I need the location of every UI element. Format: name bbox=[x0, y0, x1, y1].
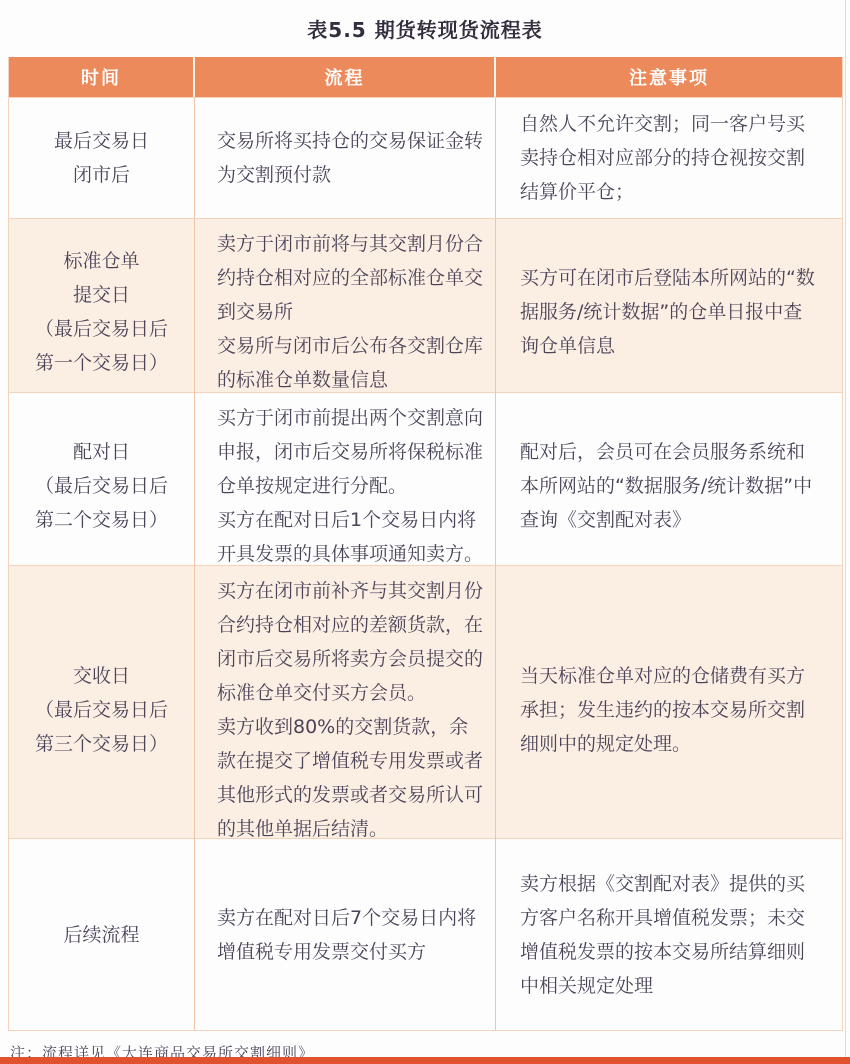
notes-cell: 配对后，会员可在会员服务系统和本所网站的“数据服务/统计数据”中查询《交割配对表… bbox=[496, 393, 842, 579]
process-table: 时间 流程 注意事项 最后交易日 闭市后 交易所将买持仓的交易保证金转为交割预付… bbox=[8, 57, 843, 1031]
bottom-accent-bar bbox=[0, 1057, 850, 1064]
process-cell: 买方在闭市前补齐与其交割月份合约持仓相对应的差额货款，在闭市后交易所将卖方会员提… bbox=[195, 566, 496, 854]
table-row: 交收日 （最后交易日后 第三个交易日） 买方在闭市前补齐与其交割月份合约持仓相对… bbox=[9, 565, 842, 838]
table-row: 配对日 （最后交易日后 第二个交易日） 买方于闭市前提出两个交割意向申报，闭市后… bbox=[9, 392, 842, 565]
notes-cell: 卖方根据《交割配对表》提供的买方客户名称开具增值税发票；未交增值税发票的按本交易… bbox=[496, 839, 842, 1030]
header-cell-time: 时间 bbox=[9, 57, 195, 97]
page: 表5.5 期货转现货流程表 时间 流程 注意事项 最后交易日 闭市后 交易所将买… bbox=[0, 0, 850, 1064]
time-cell: 最后交易日 闭市后 bbox=[9, 98, 195, 218]
time-cell: 交收日 （最后交易日后 第三个交易日） bbox=[9, 566, 195, 854]
table-title: 表5.5 期货转现货流程表 bbox=[307, 14, 542, 43]
title-bar: 表5.5 期货转现货流程表 bbox=[0, 0, 850, 57]
process-cell: 买方于闭市前提出两个交割意向申报，闭市后交易所将保税标准仓单按规定进行分配。 买… bbox=[195, 393, 496, 579]
notes-cell: 当天标准仓单对应的仓储费有买方承担；发生违约的按本交易所交割细则中的规定处理。 bbox=[496, 566, 842, 854]
process-cell: 卖方于闭市前将与其交割月份合约持仓相对应的全部标准仓单交到交易所 交易所与闭市后… bbox=[195, 219, 496, 405]
header-cell-notes: 注意事项 bbox=[496, 57, 842, 97]
table-row: 标准仓单 提交日 （最后交易日后 第一个交易日） 卖方于闭市前将与其交割月份合约… bbox=[9, 218, 842, 392]
table-header-row: 时间 流程 注意事项 bbox=[9, 57, 842, 97]
time-cell: 标准仓单 提交日 （最后交易日后 第一个交易日） bbox=[9, 219, 195, 405]
table-row: 最后交易日 闭市后 交易所将买持仓的交易保证金转为交割预付款 自然人不允许交割；… bbox=[9, 97, 842, 218]
time-cell: 配对日 （最后交易日后 第二个交易日） bbox=[9, 393, 195, 579]
process-cell: 交易所将买持仓的交易保证金转为交割预付款 bbox=[195, 98, 496, 218]
header-cell-process: 流程 bbox=[195, 57, 496, 97]
table-row: 后续流程 卖方在配对日后7个交易日内将增值税专用发票交付买方 卖方根据《交割配对… bbox=[9, 838, 842, 1030]
notes-cell: 买方可在闭市后登陆本所网站的“数据服务/统计数据”的仓单日报中查询仓单信息 bbox=[496, 219, 842, 405]
process-cell: 卖方在配对日后7个交易日内将增值税专用发票交付买方 bbox=[195, 839, 496, 1030]
notes-cell: 自然人不允许交割；同一客户号买卖持仓相对应部分的持仓视按交割结算价平仓； bbox=[496, 98, 842, 218]
right-edge-line bbox=[845, 0, 846, 1064]
time-cell: 后续流程 bbox=[9, 839, 195, 1030]
